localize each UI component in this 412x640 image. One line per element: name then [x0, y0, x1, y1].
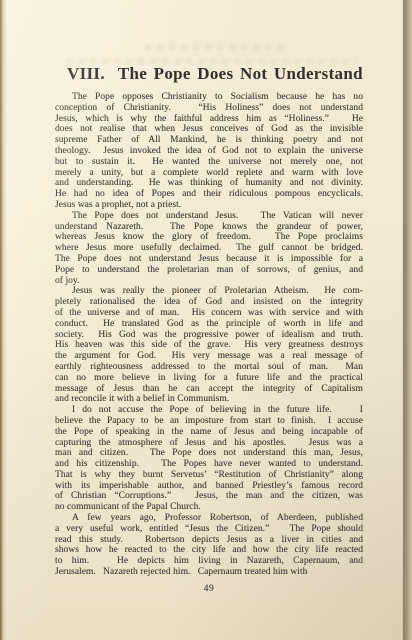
text-line: That is why they burnt Servetus’ “Restit… [55, 470, 363, 481]
text-line: where Jesus more usefully declaimed. The… [55, 243, 363, 254]
text-line: Pope to understand the proletarian man o… [55, 265, 363, 276]
text-line: conduct. He translated God as the princi… [55, 319, 363, 330]
text-line: society. His God was the progressive pow… [55, 330, 363, 341]
text-line: He had no idea of Popes and their ridicu… [55, 189, 363, 200]
ink-bleedthrough-top [145, 45, 290, 50]
text-line: read this study. Robertson depicts Jesus… [55, 535, 363, 546]
text-line: shows how he reacted to the city life an… [55, 545, 363, 556]
text-line: and reconcile it with a belief in Commun… [55, 394, 363, 405]
text-line: Jesus was a prophet, not a priest. [55, 200, 363, 211]
text-line: earthly righteousness addressed to the m… [55, 362, 363, 373]
text-line: to him. He depicts him living in Nazaret… [55, 556, 363, 567]
text-line: Jerusalem. Nazareth rejected him. Capern… [55, 567, 363, 578]
text-line: Jesus was really the pioneer of Proletar… [55, 286, 363, 297]
text-line: Jesus, which is why the faithful address… [55, 114, 363, 125]
page-left-edge [0, 0, 7, 640]
text-line: a very useful work, entitled “Jesus the … [55, 524, 363, 535]
text-line: no communicant of the Papal Church. [55, 502, 363, 513]
page-right-edge [401, 0, 412, 640]
paragraph: The Pope opposes Christianity to Sociali… [55, 92, 363, 211]
text-line: whereas Jesus know the glory of freedom.… [55, 232, 363, 243]
text-line: the argument for God. His very message w… [55, 351, 363, 362]
text-line: merely a unity, but a complete world rep… [55, 168, 363, 179]
text-line: conception of Christianity. “His Holines… [55, 103, 363, 114]
text-line: pletely rationalised the idea of God and… [55, 297, 363, 308]
text-line: of the universe and of man. His concern … [55, 308, 363, 319]
text-line: The Pope does not understand Jesus becau… [55, 254, 363, 265]
chapter-title: The Pope Does Not Understand [118, 64, 363, 84]
page-content: VIII. The Pope Does Not Understand The P… [55, 64, 363, 594]
text-line: does not realise that when Jesus conceiv… [55, 124, 363, 135]
paragraph: I do not accuse the Pope of believing in… [55, 405, 363, 513]
text-line: understand Nazareth. The Pope knows the … [55, 222, 363, 233]
page-number: 49 [55, 584, 363, 594]
text-line: The Pope opposes Christianity to Sociali… [55, 92, 363, 103]
paragraph: A few years ago, Professor Robertson, of… [55, 513, 363, 578]
text-line: His heaven was this side of the grave. H… [55, 340, 363, 351]
text-line: capturing the atmosphere of Jesus and hi… [55, 438, 363, 449]
book-page-scan: VIII. The Pope Does Not Understand The P… [0, 0, 412, 640]
chapter-number: VIII. [67, 64, 105, 84]
text-line: of joy. [55, 276, 363, 287]
chapter-heading: VIII. The Pope Does Not Understand [55, 64, 363, 84]
text-line: with its imperishable author, and banned… [55, 481, 363, 492]
text-line: can no more believe in living for a futu… [55, 373, 363, 384]
paragraph: Jesus was really the pioneer of Proletar… [55, 286, 363, 405]
text-line: The Pope does not understand Jesus. The … [55, 211, 363, 222]
text-line: and his citizenship. The Popes have neve… [55, 459, 363, 470]
text-line: man and citizen. The Pope does not under… [55, 448, 363, 459]
text-line: and understanding. He was thinking of hu… [55, 178, 363, 189]
text-line: believe the Papacy to be an imposture fr… [55, 416, 363, 427]
text-line: theology. Jesus invoked the idea of God … [55, 146, 363, 157]
text-block: The Pope opposes Christianity to Sociali… [55, 92, 363, 578]
text-line: but to sustain it. He wanted the univers… [55, 157, 363, 168]
text-line: of Christian “Corruptions.” Jesus, the m… [55, 491, 363, 502]
paragraph: The Pope does not understand Jesus. The … [55, 211, 363, 287]
text-line: the Pope of speaking in the name of Jesu… [55, 427, 363, 438]
text-line: supreme Father of All Mankind, he is thi… [55, 135, 363, 146]
text-line: A few years ago, Professor Robertson, of… [55, 513, 363, 524]
text-line: message of Jesus than he can accept the … [55, 384, 363, 395]
text-line: I do not accuse the Pope of believing in… [55, 405, 363, 416]
